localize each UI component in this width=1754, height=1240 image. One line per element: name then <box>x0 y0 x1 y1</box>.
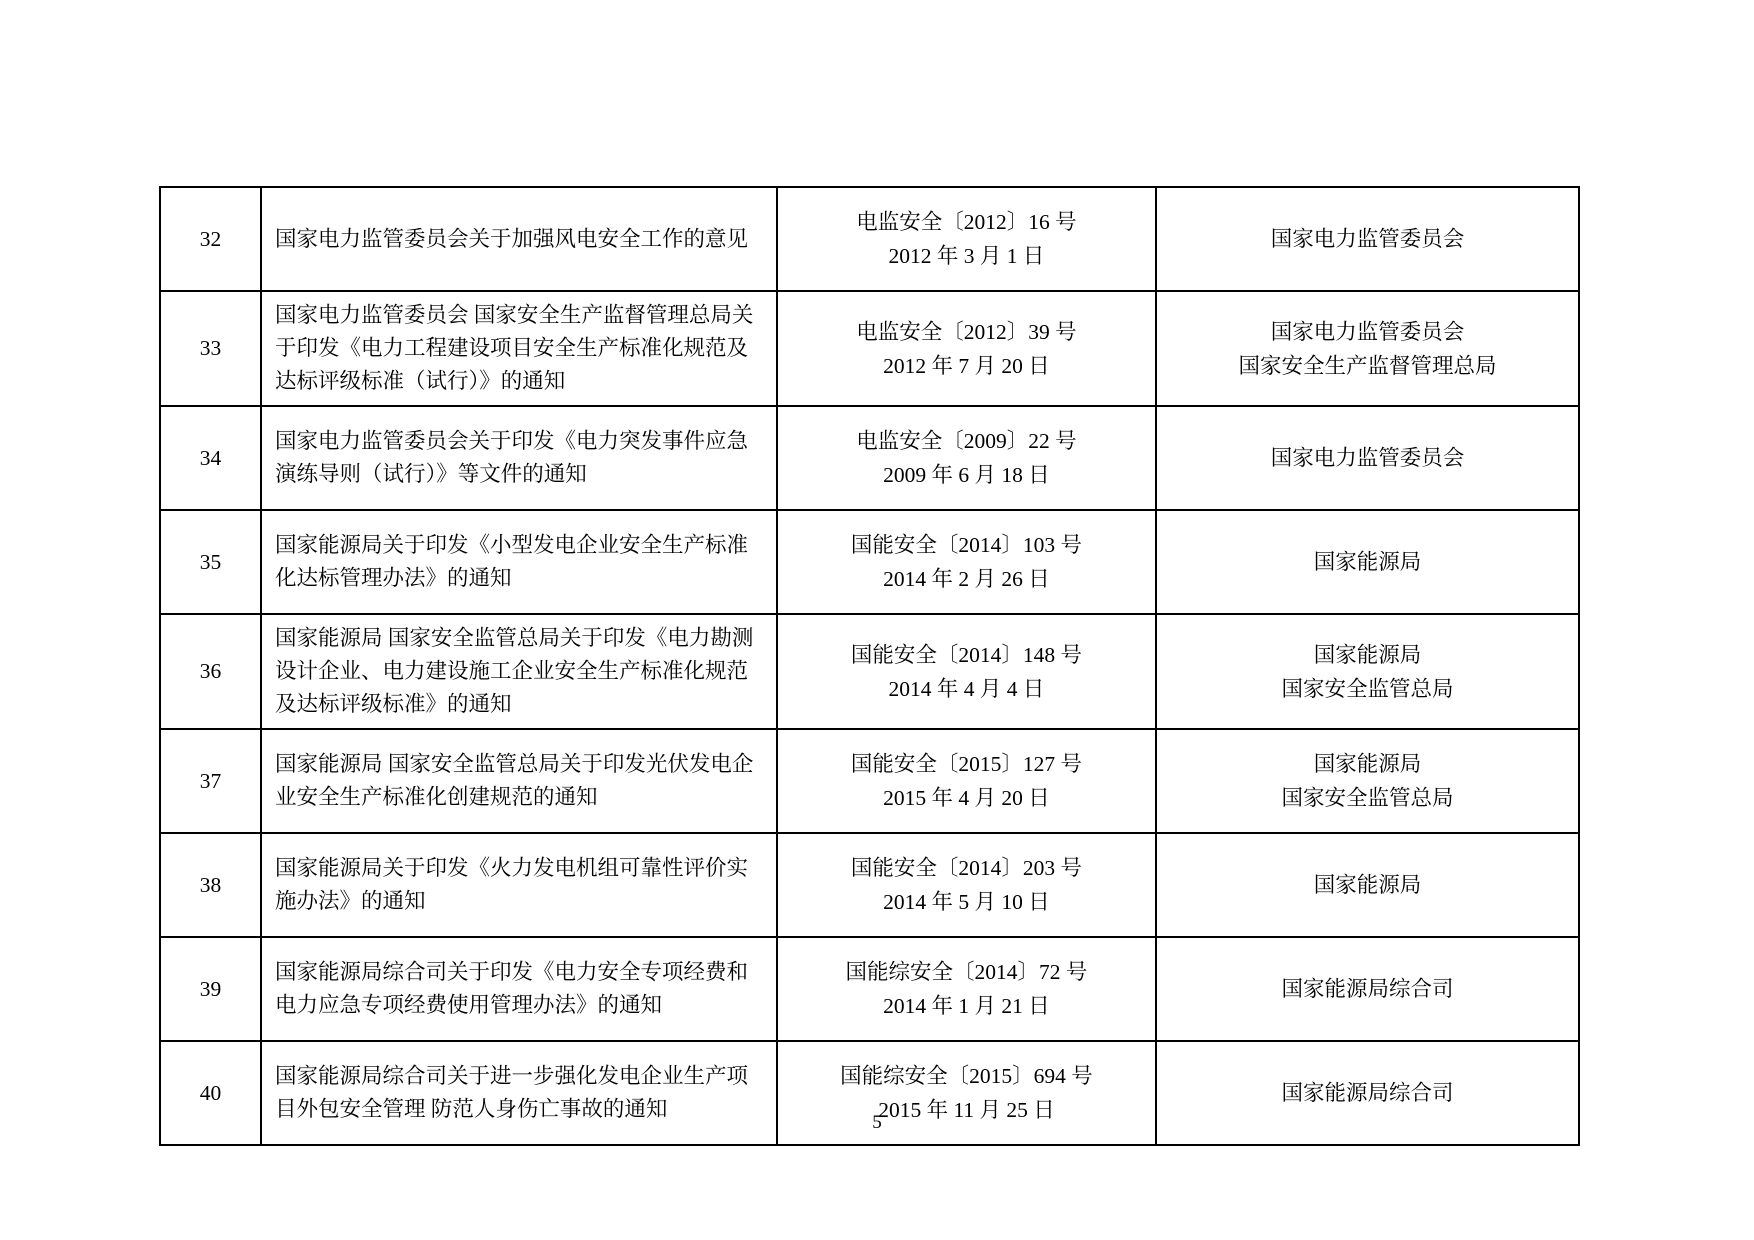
row-doc-number: 国能安全〔2014〕148 号 <box>782 638 1151 672</box>
agency-line: 国家能源局 <box>1161 747 1574 781</box>
agency-line: 国家电力监管委员会 <box>1161 222 1574 256</box>
row-doc-number: 电监安全〔2012〕39 号 <box>782 315 1151 349</box>
row-title: 国家电力监管委员会 国家安全生产监督管理总局关于印发《电力工程建设项目安全生产标… <box>261 291 777 406</box>
table-row: 39 国家能源局综合司关于印发《电力安全专项经费和电力应急专项经费使用管理办法》… <box>160 937 1579 1041</box>
row-doc-cell: 电监安全〔2009〕22 号 2009 年 6 月 18 日 <box>777 406 1156 510</box>
row-agency: 国家电力监管委员会 <box>1156 406 1579 510</box>
row-doc-number: 电监安全〔2012〕16 号 <box>782 205 1151 239</box>
table-row: 35 国家能源局关于印发《小型发电企业安全生产标准化达标管理办法》的通知 国能安… <box>160 510 1579 614</box>
agency-line: 国家安全监管总局 <box>1161 672 1574 706</box>
row-agency: 国家能源局 <box>1156 510 1579 614</box>
row-number: 36 <box>160 614 261 729</box>
agency-line: 国家安全生产监督管理总局 <box>1161 349 1574 383</box>
row-doc-number: 国能综安全〔2015〕694 号 <box>782 1059 1151 1093</box>
row-doc-date: 2014 年 1 月 21 日 <box>782 989 1151 1023</box>
agency-line: 国家能源局综合司 <box>1161 1076 1574 1110</box>
agency-line: 国家能源局 <box>1161 545 1574 579</box>
row-title: 国家能源局关于印发《火力发电机组可靠性评价实施办法》的通知 <box>261 833 777 937</box>
row-doc-date: 2015 年 4 月 20 日 <box>782 781 1151 815</box>
row-doc-date: 2014 年 5 月 10 日 <box>782 885 1151 919</box>
row-agency: 国家电力监管委员会国家安全生产监督管理总局 <box>1156 291 1579 406</box>
row-number: 39 <box>160 937 261 1041</box>
row-title: 国家电力监管委员会关于印发《电力突发事件应急演练导则（试行）》等文件的通知 <box>261 406 777 510</box>
agency-line: 国家能源局 <box>1161 638 1574 672</box>
row-number: 32 <box>160 187 261 291</box>
row-agency: 国家电力监管委员会 <box>1156 187 1579 291</box>
agency-line: 国家能源局综合司 <box>1161 972 1574 1006</box>
document-page: 32 国家电力监管委员会关于加强风电安全工作的意见 电监安全〔2012〕16 号… <box>0 0 1754 1240</box>
table-row: 32 国家电力监管委员会关于加强风电安全工作的意见 电监安全〔2012〕16 号… <box>160 187 1579 291</box>
row-doc-cell: 国能安全〔2015〕127 号 2015 年 4 月 20 日 <box>777 729 1156 833</box>
row-title: 国家电力监管委员会关于加强风电安全工作的意见 <box>261 187 777 291</box>
row-agency: 国家能源局国家安全监管总局 <box>1156 614 1579 729</box>
row-agency: 国家能源局综合司 <box>1156 937 1579 1041</box>
row-number: 35 <box>160 510 261 614</box>
row-doc-number: 国能安全〔2014〕103 号 <box>782 528 1151 562</box>
row-number: 38 <box>160 833 261 937</box>
agency-line: 国家电力监管委员会 <box>1161 441 1574 475</box>
agency-line: 国家电力监管委员会 <box>1161 315 1574 349</box>
row-doc-cell: 国能安全〔2014〕103 号 2014 年 2 月 26 日 <box>777 510 1156 614</box>
row-doc-date: 2009 年 6 月 18 日 <box>782 458 1151 492</box>
table-row: 34 国家电力监管委员会关于印发《电力突发事件应急演练导则（试行）》等文件的通知… <box>160 406 1579 510</box>
row-title: 国家能源局 国家安全监管总局关于印发光伏发电企业安全生产标准化创建规范的通知 <box>261 729 777 833</box>
row-doc-cell: 电监安全〔2012〕16 号 2012 年 3 月 1 日 <box>777 187 1156 291</box>
row-title: 国家能源局关于印发《小型发电企业安全生产标准化达标管理办法》的通知 <box>261 510 777 614</box>
table-row: 33 国家电力监管委员会 国家安全生产监督管理总局关于印发《电力工程建设项目安全… <box>160 291 1579 406</box>
row-doc-date: 2012 年 7 月 20 日 <box>782 349 1151 383</box>
row-doc-cell: 电监安全〔2012〕39 号 2012 年 7 月 20 日 <box>777 291 1156 406</box>
row-title: 国家能源局 国家安全监管总局关于印发《电力勘测设计企业、电力建设施工企业安全生产… <box>261 614 777 729</box>
row-agency: 国家能源局国家安全监管总局 <box>1156 729 1579 833</box>
regulation-table: 32 国家电力监管委员会关于加强风电安全工作的意见 电监安全〔2012〕16 号… <box>159 186 1580 1146</box>
row-number: 37 <box>160 729 261 833</box>
table-row: 36 国家能源局 国家安全监管总局关于印发《电力勘测设计企业、电力建设施工企业安… <box>160 614 1579 729</box>
agency-line: 国家能源局 <box>1161 868 1574 902</box>
row-doc-cell: 国能综安全〔2014〕72 号 2014 年 1 月 21 日 <box>777 937 1156 1041</box>
row-doc-date: 2012 年 3 月 1 日 <box>782 239 1151 273</box>
row-doc-number: 国能安全〔2015〕127 号 <box>782 747 1151 781</box>
row-agency: 国家能源局 <box>1156 833 1579 937</box>
page-number: 5 <box>0 1112 1754 1134</box>
doc-table-body: 32 国家电力监管委员会关于加强风电安全工作的意见 电监安全〔2012〕16 号… <box>160 187 1579 1145</box>
row-doc-date: 2014 年 4 月 4 日 <box>782 672 1151 706</box>
row-doc-number: 国能综安全〔2014〕72 号 <box>782 955 1151 989</box>
row-doc-date: 2014 年 2 月 26 日 <box>782 562 1151 596</box>
row-doc-cell: 国能安全〔2014〕148 号 2014 年 4 月 4 日 <box>777 614 1156 729</box>
row-title: 国家能源局综合司关于印发《电力安全专项经费和电力应急专项经费使用管理办法》的通知 <box>261 937 777 1041</box>
table-row: 38 国家能源局关于印发《火力发电机组可靠性评价实施办法》的通知 国能安全〔20… <box>160 833 1579 937</box>
row-doc-number: 电监安全〔2009〕22 号 <box>782 424 1151 458</box>
table-row: 37 国家能源局 国家安全监管总局关于印发光伏发电企业安全生产标准化创建规范的通… <box>160 729 1579 833</box>
row-doc-number: 国能安全〔2014〕203 号 <box>782 851 1151 885</box>
agency-line: 国家安全监管总局 <box>1161 781 1574 815</box>
row-doc-cell: 国能安全〔2014〕203 号 2014 年 5 月 10 日 <box>777 833 1156 937</box>
row-number: 34 <box>160 406 261 510</box>
row-number: 33 <box>160 291 261 406</box>
